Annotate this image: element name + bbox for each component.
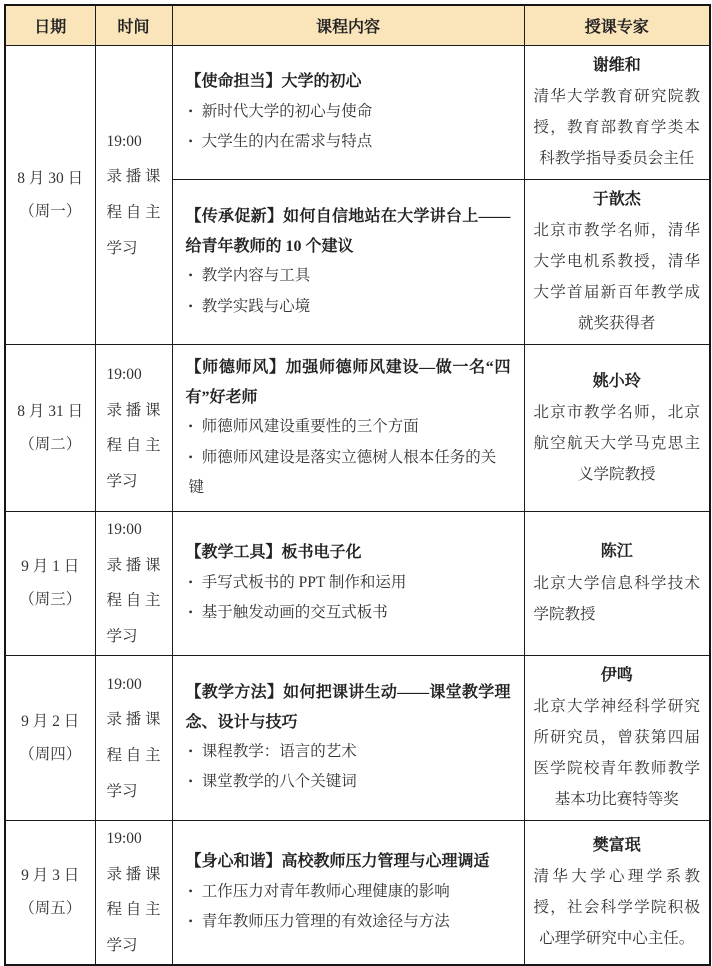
- course-title: 【教学工具】板书电子化: [186, 538, 511, 568]
- date-line1: 9 月 1 日: [6, 550, 95, 583]
- course-bullet: 师德师风建设重要性的三个方面: [186, 412, 511, 442]
- course-title: 【身心和谐】高校教师压力管理与心理调适: [186, 847, 511, 877]
- course-bullet: 师德师风建设是落实立德树人根本任务的关键: [186, 443, 511, 503]
- course-cell: 【教学方法】如何把课讲生动——课堂教学理念、设计与技巧 课程教学：语言的艺术 课…: [172, 655, 524, 820]
- time-cell: 19:00 录播课程自主学习: [95, 655, 172, 820]
- header-row: 日期 时间 课程内容 授课专家: [5, 5, 710, 45]
- date-line2: （周三）: [6, 583, 95, 616]
- expert-name: 伊鸣: [534, 661, 701, 691]
- expert-cell: 谢维和 清华大学教育研究院教授，教育部教育学类本科教学指导委员会主任: [524, 45, 710, 179]
- expert-description: 北京市教学名师，北京航空航天大学马克思主义学院教授: [534, 397, 701, 490]
- course-title: 【传承促新】如何自信地站在大学讲台上——给青年教师的 10 个建议: [186, 202, 511, 261]
- header-expert: 授课专家: [524, 5, 710, 45]
- date-cell: 9 月 3 日 （周五）: [5, 821, 95, 965]
- table-row: 9 月 3 日 （周五） 19:00 录播课程自主学习 【身心和谐】高校教师压力…: [5, 821, 710, 965]
- date-line1: 8 月 31 日: [6, 395, 95, 428]
- date-cell: 9 月 2 日 （周四）: [5, 655, 95, 820]
- expert-cell: 陈江 北京大学信息科学技术学院教授: [524, 512, 710, 656]
- date-line2: （周四）: [6, 738, 95, 771]
- date-line2: （周一）: [6, 195, 95, 228]
- schedule-table: 日期 时间 课程内容 授课专家 8 月 30 日 （周一） 19:00 录播课程…: [4, 4, 711, 966]
- table-row: 9 月 1 日 （周三） 19:00 录播课程自主学习 【教学工具】板书电子化 …: [5, 512, 710, 656]
- course-bullet: 工作压力对青年教师心理健康的影响: [186, 877, 511, 907]
- course-cell: 【传承促新】如何自信地站在大学讲台上——给青年教师的 10 个建议 教学内容与工…: [172, 179, 524, 344]
- expert-cell: 樊富珉 清华大学心理学系教授，社会科学学院积极心理学研究中心主任。: [524, 821, 710, 965]
- date-line2: （周二）: [6, 428, 95, 461]
- table-row: 8 月 30 日 （周一） 19:00 录播课程自主学习 【使命担当】大学的初心…: [5, 45, 710, 179]
- date-cell: 8 月 31 日 （周二）: [5, 345, 95, 512]
- course-title: 【教学方法】如何把课讲生动——课堂教学理念、设计与技巧: [186, 678, 511, 737]
- table-row: 9 月 2 日 （周四） 19:00 录播课程自主学习 【教学方法】如何把课讲生…: [5, 655, 710, 820]
- date-line1: 8 月 30 日: [6, 162, 95, 195]
- expert-description: 清华大学教育研究院教授，教育部教育学类本科教学指导委员会主任: [534, 81, 701, 174]
- course-bullet: 青年教师压力管理的有效途径与方法: [186, 907, 511, 937]
- course-bullet: 手写式板书的 PPT 制作和运用: [186, 568, 511, 598]
- header-date: 日期: [5, 5, 95, 45]
- course-cell: 【身心和谐】高校教师压力管理与心理调适 工作压力对青年教师心理健康的影响 青年教…: [172, 821, 524, 965]
- date-line1: 9 月 2 日: [6, 705, 95, 738]
- course-cell: 【使命担当】大学的初心 新时代大学的初心与使命 大学生的内在需求与特点: [172, 45, 524, 179]
- expert-name: 樊富珉: [534, 831, 701, 861]
- course-bullet: 基于触发动画的交互式板书: [186, 598, 511, 628]
- time-cell: 19:00 录播课程自主学习: [95, 821, 172, 965]
- course-title: 【师德师风】加强师德师风建设—做一名“四有”好老师: [186, 353, 511, 412]
- course-cell: 【教学工具】板书电子化 手写式板书的 PPT 制作和运用 基于触发动画的交互式板…: [172, 512, 524, 656]
- expert-cell: 伊鸣 北京大学神经科学研究所研究员，曾获第四届医学院校青年教师教学基本功比赛特等…: [524, 655, 710, 820]
- course-bullet: 教学实践与心境: [186, 292, 511, 322]
- expert-name: 谢维和: [534, 51, 701, 81]
- expert-name: 于歆杰: [534, 185, 701, 215]
- expert-cell: 于歆杰 北京市教学名师，清华大学电机系教授，清华大学首届新百年教学成就奖获得者: [524, 179, 710, 344]
- date-cell: 9 月 1 日 （周三）: [5, 512, 95, 656]
- course-bullet: 大学生的内在需求与特点: [186, 127, 511, 157]
- expert-description: 北京市教学名师，清华大学电机系教授，清华大学首届新百年教学成就奖获得者: [534, 215, 701, 339]
- course-title: 【使命担当】大学的初心: [186, 67, 511, 97]
- expert-description: 北京大学信息科学技术学院教授: [534, 568, 701, 630]
- course-bullet: 课程教学：语言的艺术: [186, 737, 511, 767]
- course-bullet: 教学内容与工具: [186, 261, 511, 291]
- date-line2: （周五）: [6, 892, 95, 925]
- table-row: 8 月 31 日 （周二） 19:00 录播课程自主学习 【师德师风】加强师德师…: [5, 345, 710, 512]
- header-course-content: 课程内容: [172, 5, 524, 45]
- header-time: 时间: [95, 5, 172, 45]
- expert-name: 陈江: [534, 537, 701, 567]
- course-bullet: 新时代大学的初心与使命: [186, 97, 511, 127]
- time-cell: 19:00 录播课程自主学习: [95, 512, 172, 656]
- time-cell: 19:00 录播课程自主学习: [95, 345, 172, 512]
- expert-description: 北京大学神经科学研究所研究员，曾获第四届医学院校青年教师教学基本功比赛特等奖: [534, 691, 701, 815]
- time-cell: 19:00 录播课程自主学习: [95, 45, 172, 345]
- expert-description: 清华大学心理学系教授，社会科学学院积极心理学研究中心主任。: [534, 861, 701, 954]
- expert-name: 姚小玲: [534, 367, 701, 397]
- course-cell: 【师德师风】加强师德师风建设—做一名“四有”好老师 师德师风建设重要性的三个方面…: [172, 345, 524, 512]
- date-line1: 9 月 3 日: [6, 859, 95, 892]
- expert-cell: 姚小玲 北京市教学名师，北京航空航天大学马克思主义学院教授: [524, 345, 710, 512]
- course-bullet: 课堂教学的八个关键词: [186, 767, 511, 797]
- date-cell: 8 月 30 日 （周一）: [5, 45, 95, 345]
